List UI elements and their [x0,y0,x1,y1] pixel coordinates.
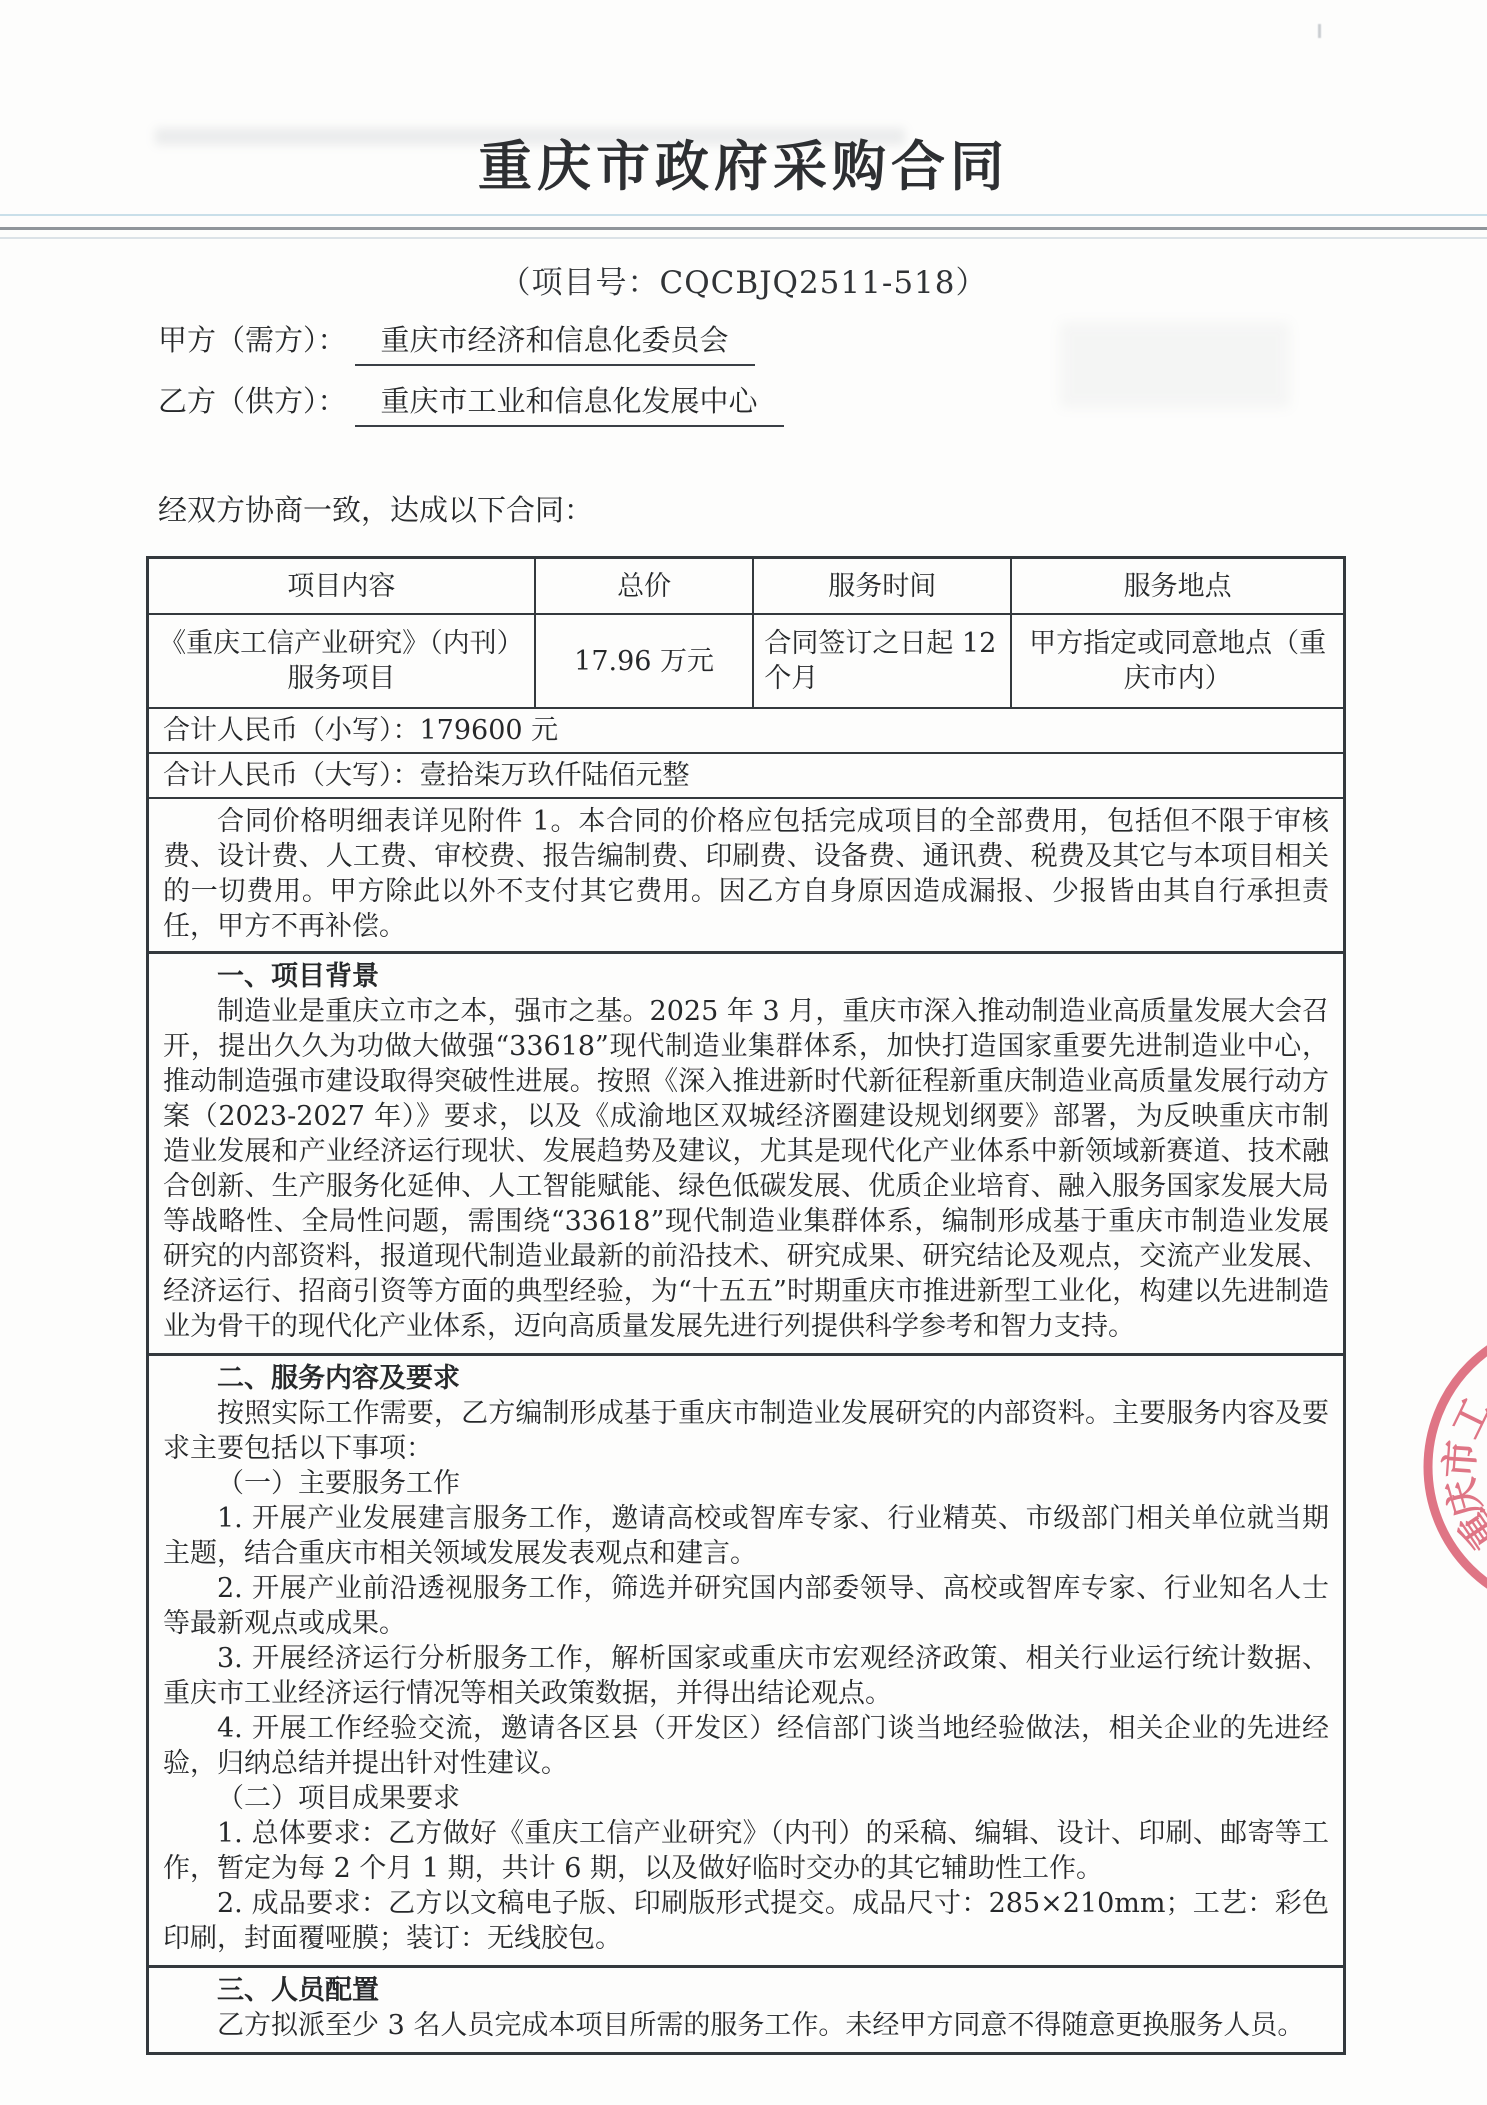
section-heading: 一、项目背景 [163,959,1329,994]
project-number: （项目号：CQCBJQ2511-518） [0,257,1487,302]
section-paragraph: 制造业是重庆立市之本，强市之基。2025 年 3 月，重庆市深入推动制造业高质量… [163,994,1329,1344]
header-service-location: 服务地点 [1012,559,1343,613]
section-staffing: 三、人员配置 乙方拟派至少 3 名人员完成本项目所需的服务工作。未经甲方同意不得… [149,1965,1343,2052]
agreement-intro: 经双方协商一致，达成以下合同： [158,488,593,529]
row-total-lowercase: 合计人民币（小写）：179600 元 [149,707,1343,752]
party-b-row: 乙方（供方）：重庆市工业和信息化发展中心 [158,379,784,427]
divider-line [0,227,1487,230]
section-paragraph: 4. 开展工作经验交流，邀请各区县（开发区）经信部门谈当地经验做法，相关企业的先… [163,1711,1329,1781]
price-note-paragraph: 合同价格明细表详见附件 1。本合同的价格应包括完成项目的全部费用，包括但不限于审… [163,804,1329,944]
party-b-label: 乙方（供方）： [158,384,347,418]
header-service-time: 服务时间 [754,559,1012,613]
section-heading: 三、人员配置 [163,1973,1329,2008]
section-heading: 二、服务内容及要求 [163,1361,1329,1396]
section-paragraph: 乙方拟派至少 3 名人员完成本项目所需的服务工作。未经甲方同意不得随意更换服务人… [163,2008,1329,2043]
seal-character: 市 [1437,1439,1484,1480]
cell-service-location: 甲方指定或同意地点（重庆市内） [1012,615,1343,707]
section-paragraph: （一）主要服务工作 [163,1466,1329,1501]
section-paragraph: 1. 开展产业发展建言服务工作，邀请高校或智库专家、行业精英、市级部门相关单位就… [163,1501,1329,1571]
contract-page: 重庆市政府采购合同 （项目号：CQCBJQ2511-518） 甲方（需方）：重庆… [0,0,1487,2105]
section-paragraph: 1. 总体要求：乙方做好《重庆工信产业研究》（内刊）的采稿、编辑、设计、印刷、邮… [163,1816,1329,1886]
section-paragraph: 按照实际工作需要，乙方编制形成基于重庆市制造业发展研究的内部资料。主要服务内容及… [163,1396,1329,1466]
party-a-value: 重庆市经济和信息化委员会 [355,318,755,366]
cell-service-time: 合同签订之日起 12 个月 [754,615,1012,707]
cell-total-price: 17.96 万元 [536,615,755,707]
table-header-row: 项目内容 总价 服务时间 服务地点 [149,559,1343,613]
header-total-price: 总价 [536,559,755,613]
row-total-uppercase: 合计人民币（大写）：壹拾柒万玖仟陆佰元整 [149,752,1343,797]
header-item-content: 项目内容 [149,559,536,613]
cell-item-content: 《重庆工信产业研究》（内刊） 服务项目 [149,615,536,707]
row-price-note: 合同价格明细表详见附件 1。本合同的价格应包括完成项目的全部费用，包括但不限于审… [149,797,1343,951]
party-b-value: 重庆市工业和信息化发展中心 [355,379,784,427]
section-paragraph: （二）项目成果要求 [163,1781,1329,1816]
scan-speck [1318,24,1321,38]
section-service-content: 二、服务内容及要求 按照实际工作需要，乙方编制形成基于重庆市制造业发展研究的内部… [149,1353,1343,1965]
section-paragraph: 2. 开展产业前沿透视服务工作，筛选并研究国内部委领导、高校或智库专家、行业知名… [163,1571,1329,1641]
party-a-label: 甲方（需方）： [158,323,347,357]
document-title: 重庆市政府采购合同 [0,124,1487,201]
section-paragraph: 3. 开展经济运行分析服务工作，解析国家或重庆市宏观经济政策、相关行业运行统计数… [163,1641,1329,1711]
divider-line [0,214,1487,216]
table-row: 《重庆工信产业研究》（内刊） 服务项目 17.96 万元 合同签订之日起 12 … [149,613,1343,707]
section-paragraph: 2. 成品要求：乙方以文稿电子版、印刷版形式提交。成品尺寸：285×210mm；… [163,1886,1329,1956]
divider-line [0,237,1487,239]
contract-table: 项目内容 总价 服务时间 服务地点 《重庆工信产业研究》（内刊） 服务项目 17… [146,556,1346,2055]
party-a-row: 甲方（需方）：重庆市经济和信息化委员会 [158,318,755,366]
section-project-background: 一、项目背景 制造业是重庆立市之本，强市之基。2025 年 3 月，重庆市深入推… [149,951,1343,1353]
official-seal-stamp: 工 市 庆 重 [1422,1317,1487,1617]
scan-ghost-smudge [1060,322,1290,408]
